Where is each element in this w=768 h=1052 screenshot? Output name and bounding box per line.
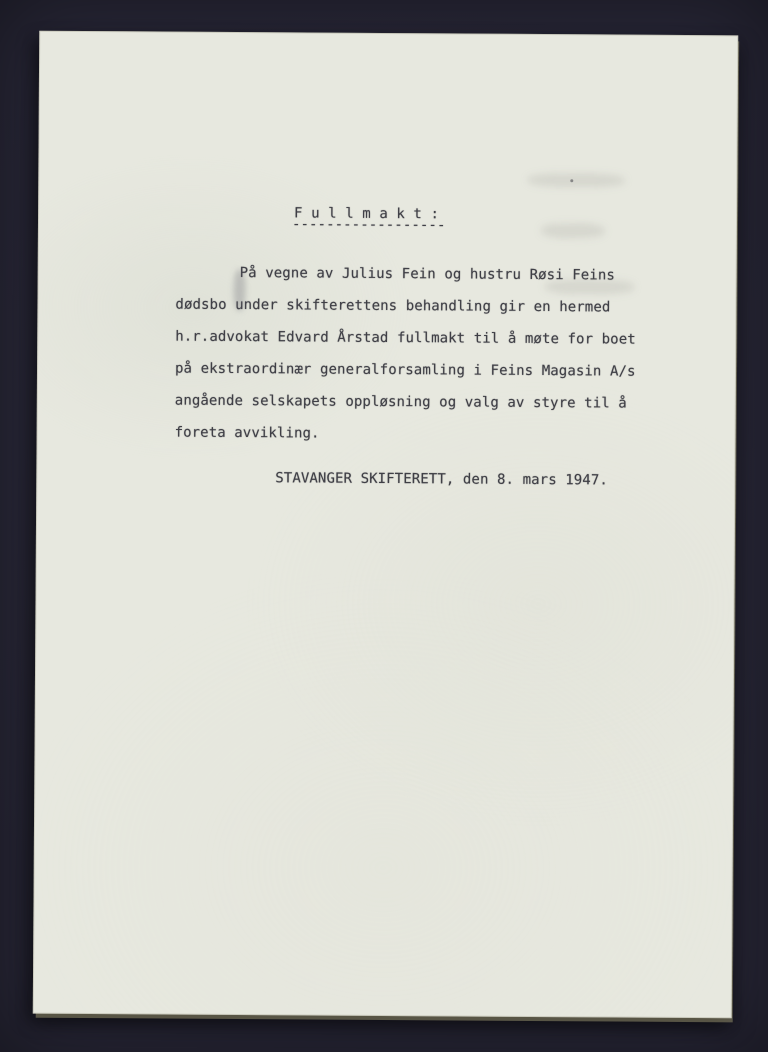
body-line: h.r.advokat Edvard Årstad fullmakt til å… bbox=[175, 321, 636, 356]
ink-smudge bbox=[233, 269, 245, 311]
place-date-line: STAVANGER SKIFTERETT, den 8. mars 1947. bbox=[275, 470, 608, 488]
title-underline: ------------------ bbox=[292, 217, 446, 232]
ghost-ink-mark bbox=[541, 223, 605, 238]
body-line: foreta avvikling. bbox=[174, 417, 635, 452]
ghost-ink-mark bbox=[527, 173, 625, 188]
body-line: på ekstraordinær generalforsamling i Fei… bbox=[175, 353, 636, 388]
document-page: F u l l m a k t : ------------------ På … bbox=[33, 31, 739, 1019]
body-line: angående selskapets oppløsning og valg a… bbox=[175, 385, 636, 420]
ink-speck bbox=[570, 179, 573, 182]
scan-background: F u l l m a k t : ------------------ På … bbox=[0, 0, 768, 1052]
ghost-ink-mark bbox=[545, 279, 635, 295]
